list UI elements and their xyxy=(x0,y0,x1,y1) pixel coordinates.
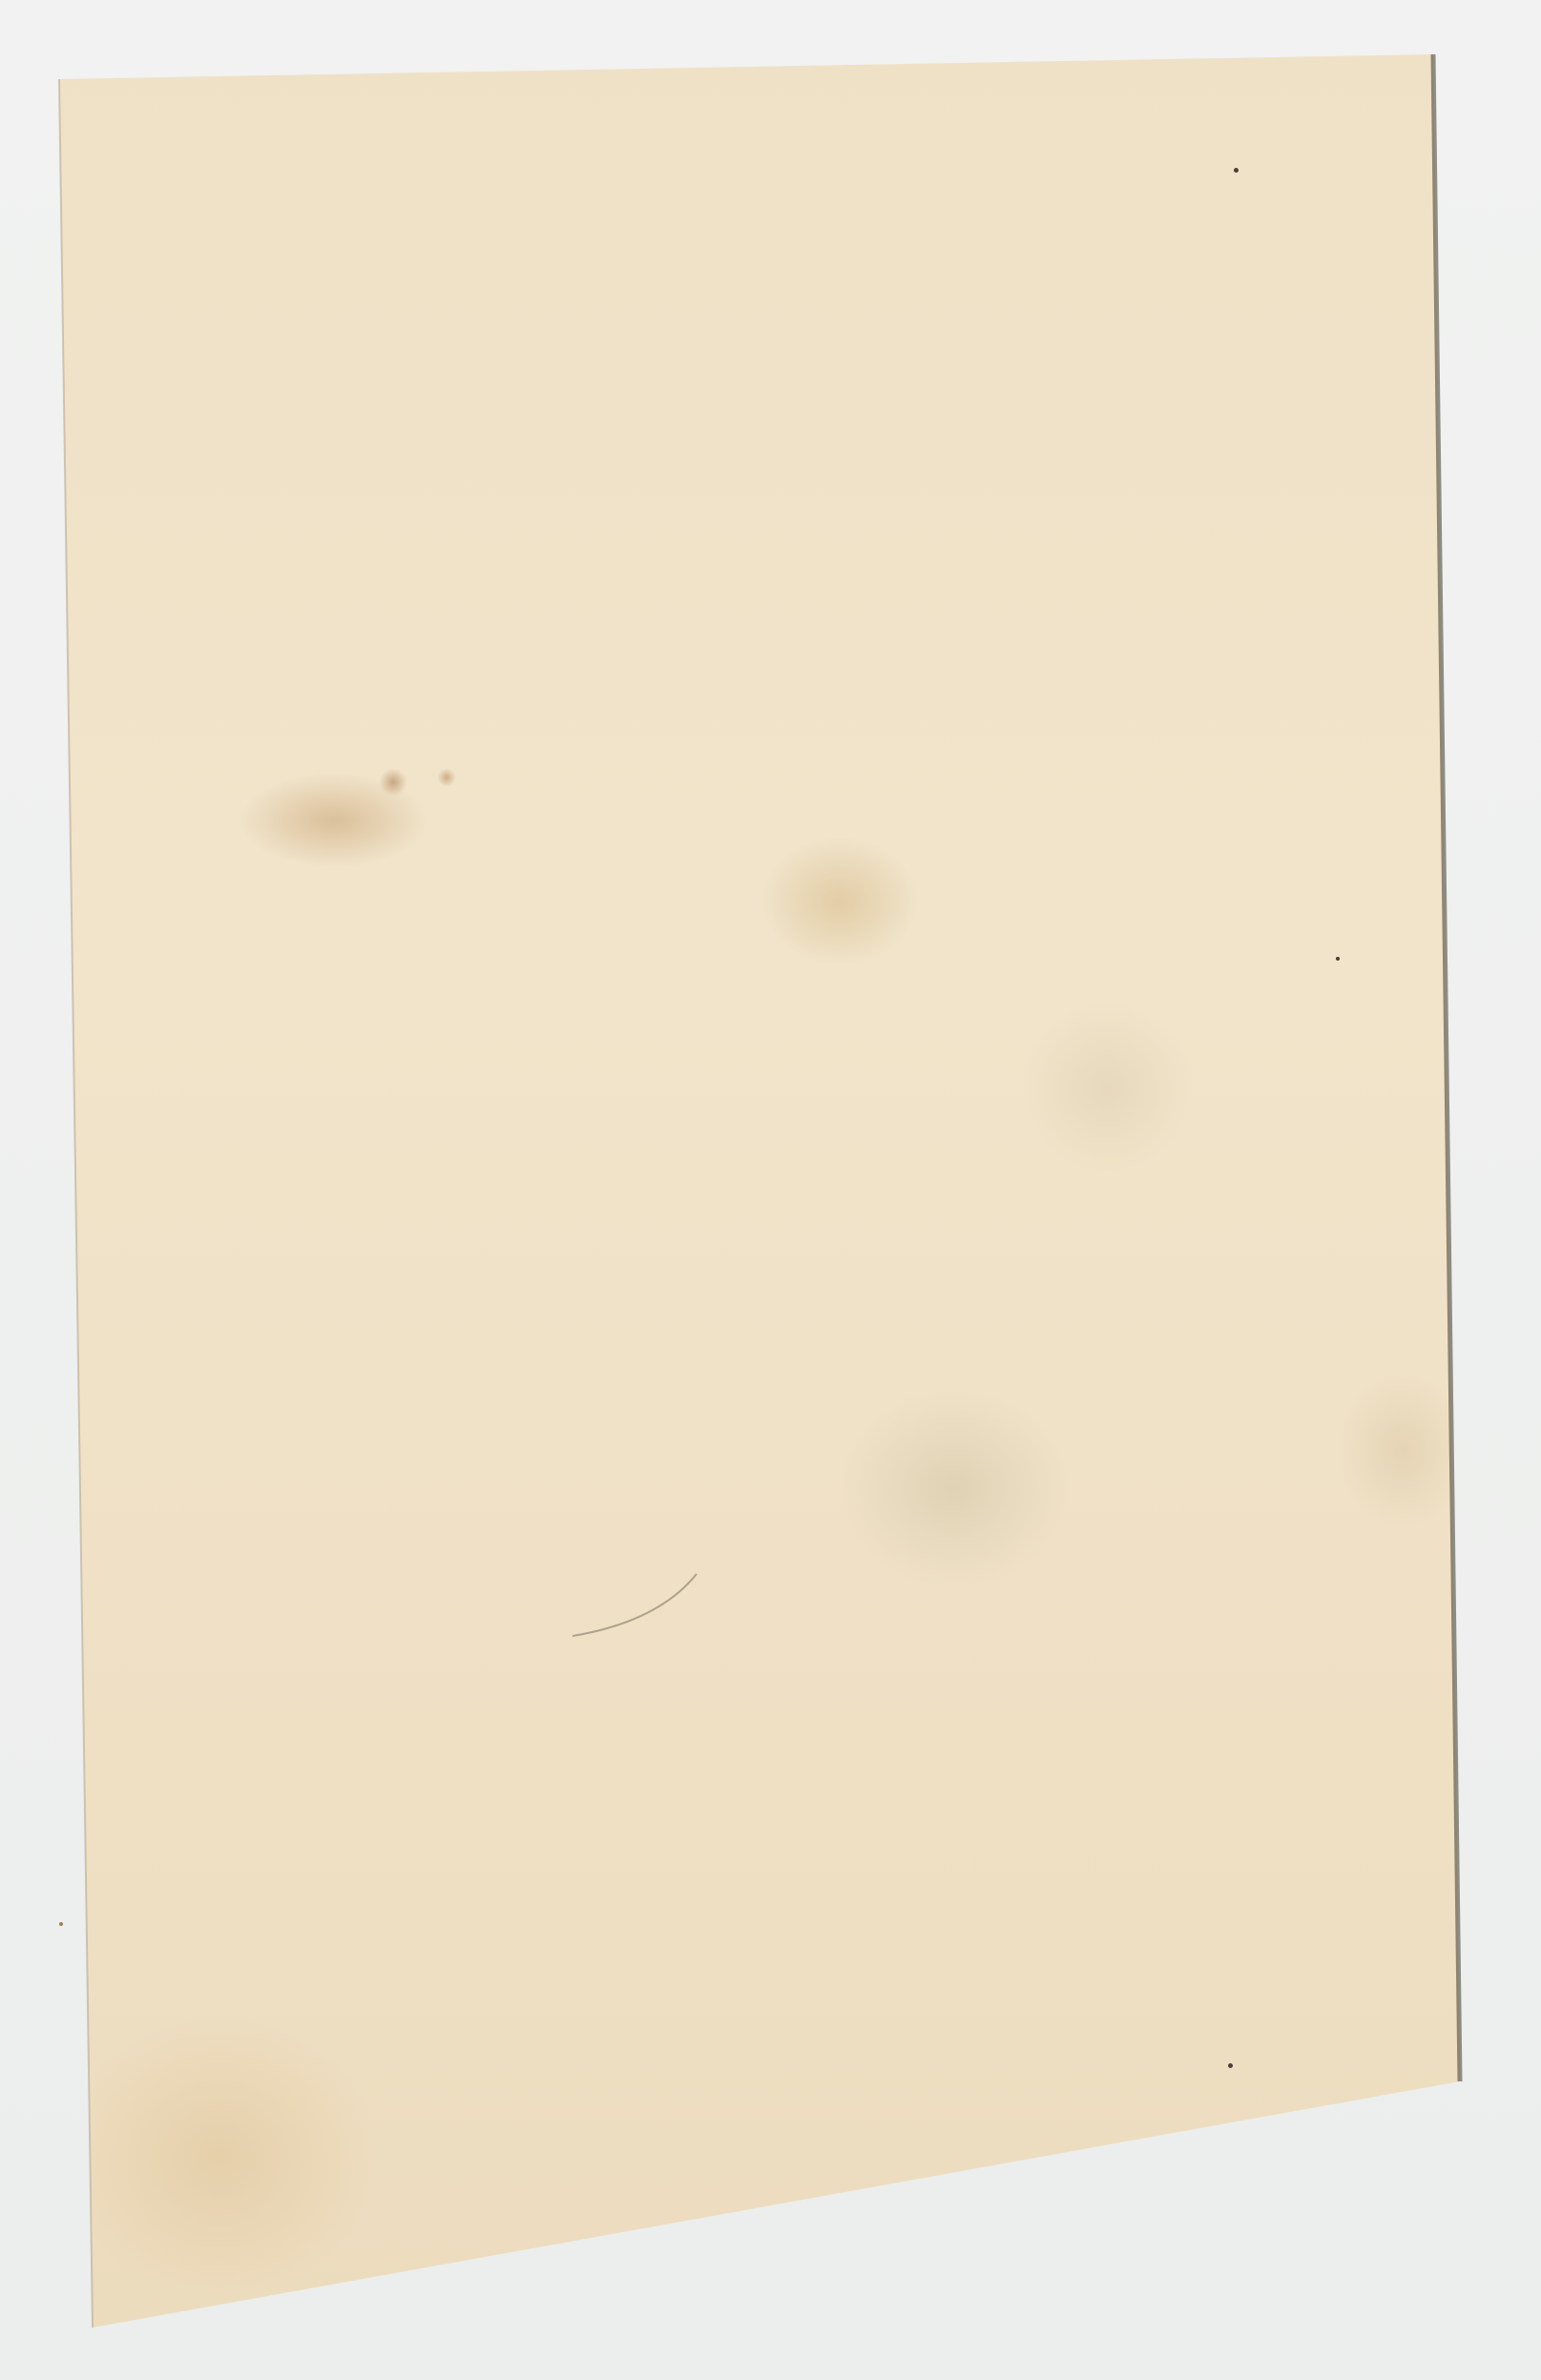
scan-background xyxy=(0,0,1541,2380)
dust-speck xyxy=(1234,168,1239,173)
dust-speck xyxy=(1228,2063,1233,2068)
antique-card xyxy=(0,0,1541,2380)
dust-speck xyxy=(59,1922,63,1926)
dust-speck xyxy=(1336,957,1340,961)
